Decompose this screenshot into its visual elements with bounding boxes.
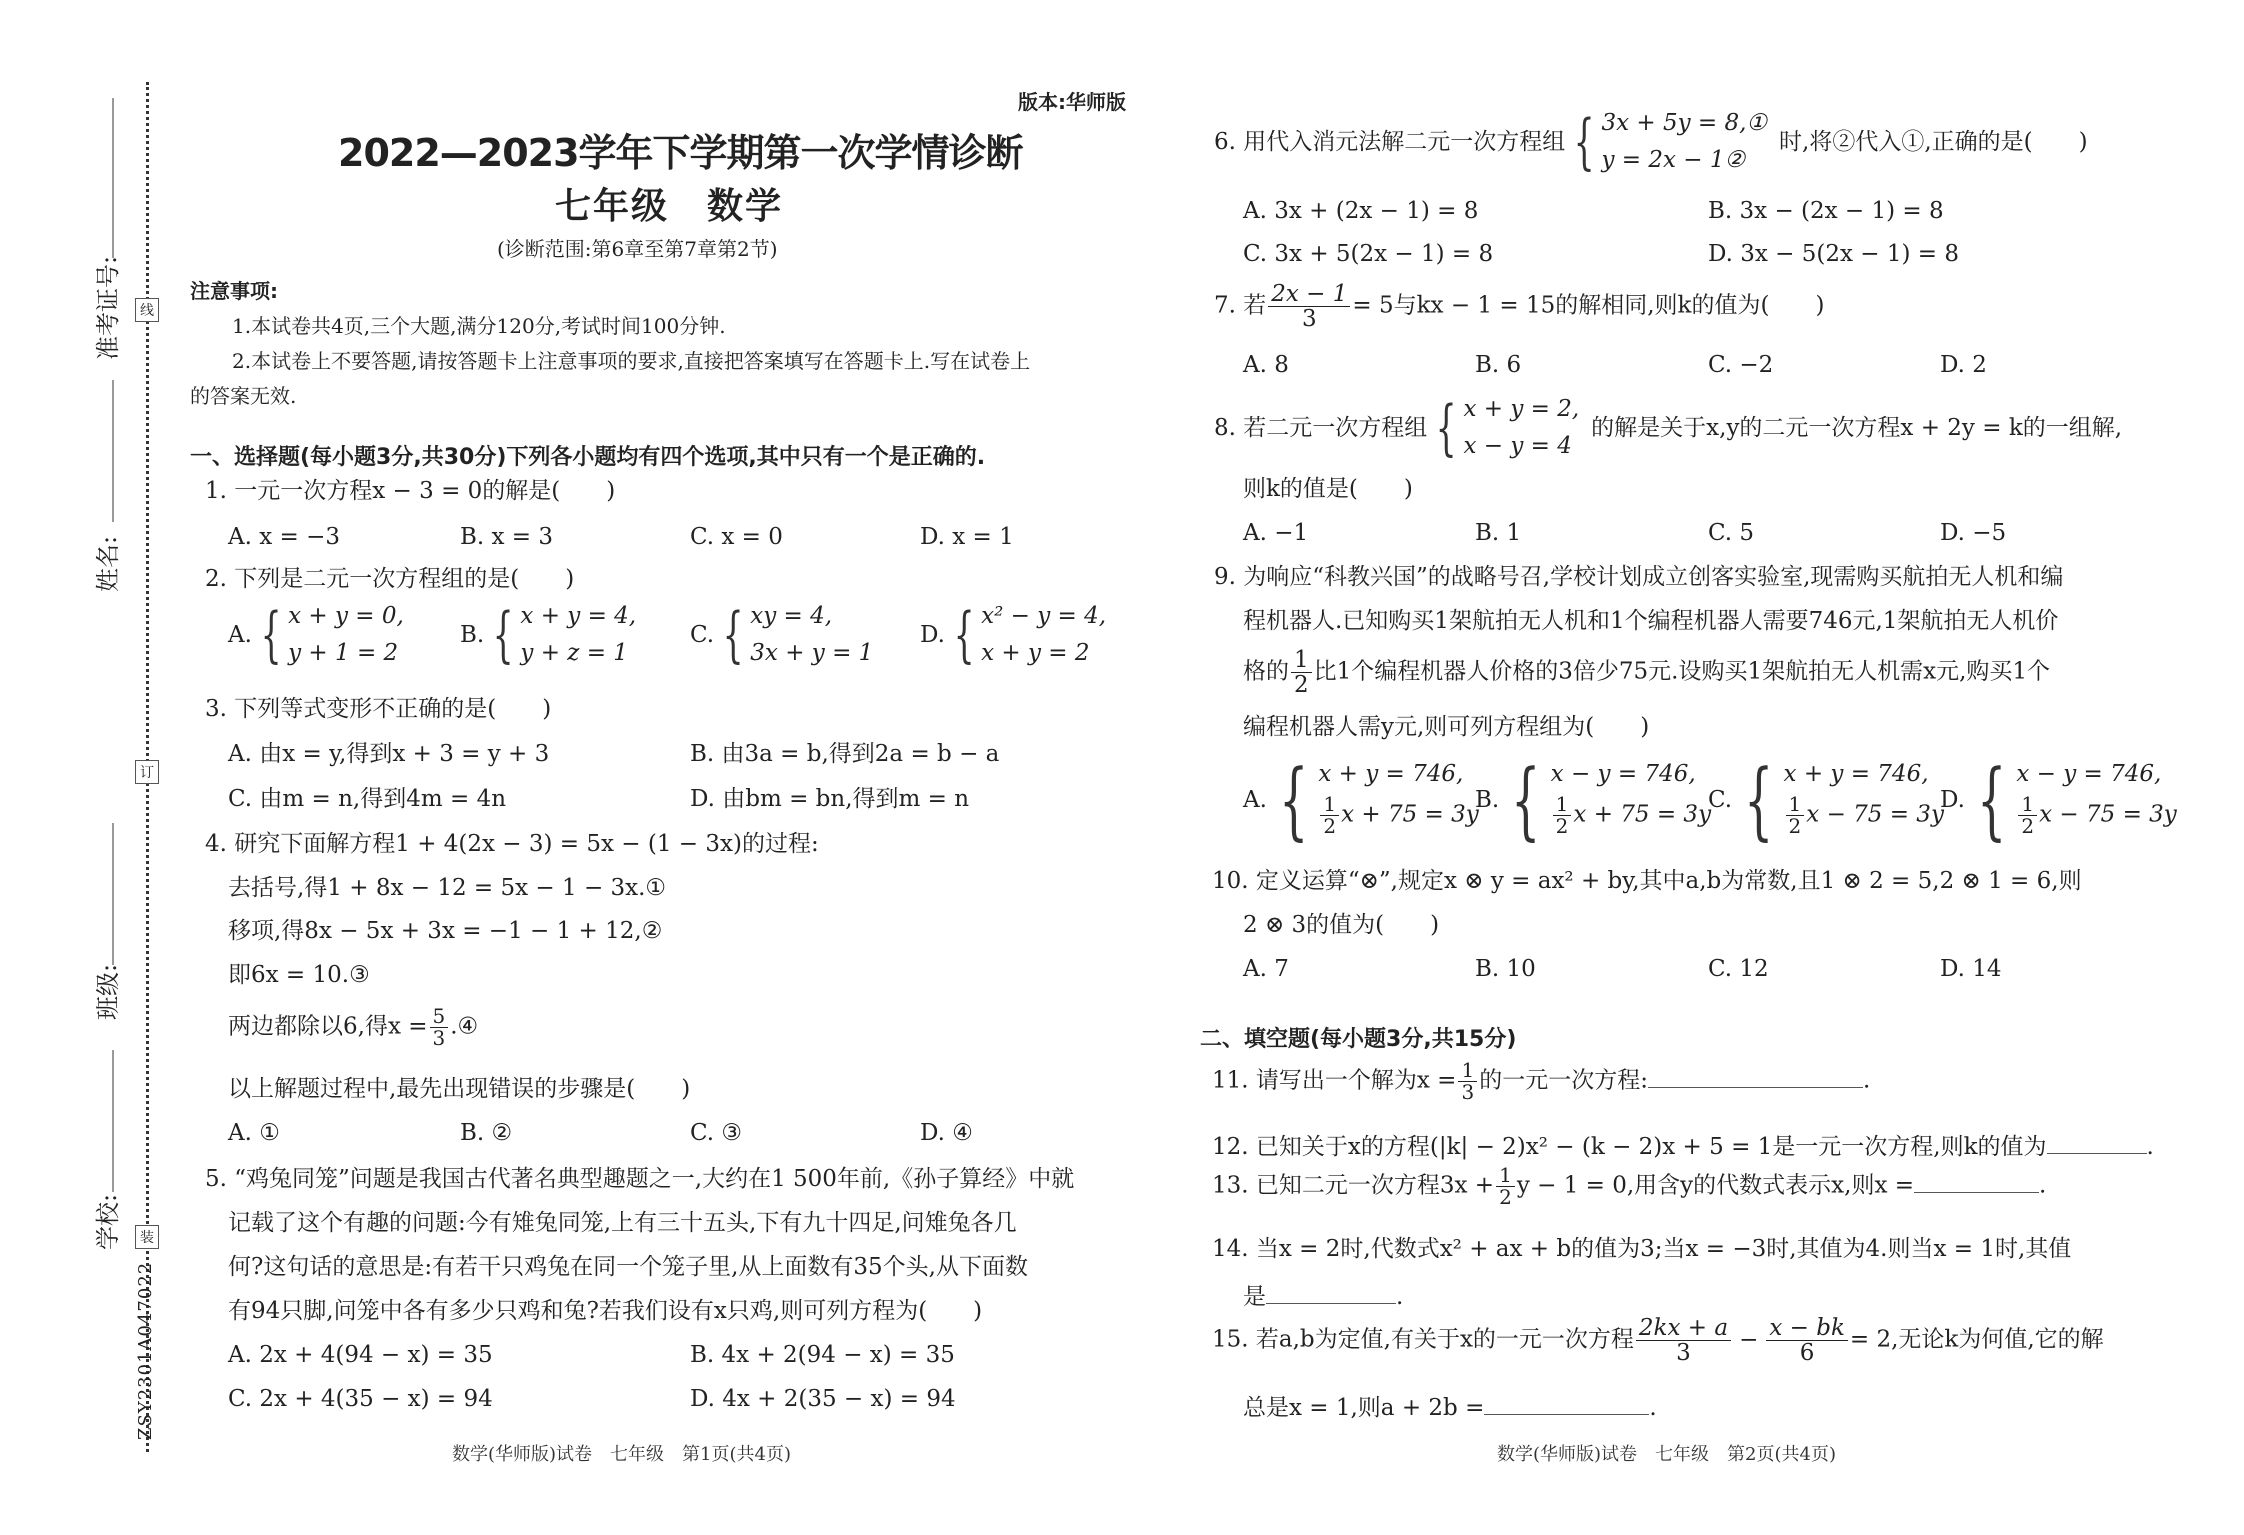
exam-title: 2022—2023学年下学期第一次学情诊断 [338,122,1023,177]
q4-option-d[interactable]: D. ④ [920,1122,973,1145]
stem-text: 的解是关于x,y的二元一次方程x + 2y = k的一组解, [1591,417,2122,440]
q4-stem: 4. 研究下面解方程1 + 4(2x − 3) = 5x − (1 − 3x)的… [205,833,819,856]
version-label: 版本:华师版 [1018,86,1126,115]
brace-icon: { [1511,758,1540,842]
q8-option-d[interactable]: D. −5 [1940,522,2006,545]
brace-icon: { [1744,758,1773,842]
q4-option-a[interactable]: A. ① [228,1122,280,1145]
fraction: 12 [1553,794,1572,837]
school-blank[interactable] [112,1050,114,1192]
stem-text: = 2,无论k为何值,它的解 [1850,1327,2104,1353]
q9-option-b[interactable]: B.{x − y = 746,12x + 75 = 3y [1475,758,1711,842]
eq-row: x + y = 2 [981,642,1106,665]
q9-line-2: 程机器人.已知购买1架航拍无人机和1个编程机器人需要746元,1架航拍无人机价 [1243,610,2058,633]
q9-option-d[interactable]: D.{x − y = 746,12x − 75 = 3y [1940,758,2177,842]
step-text: .④ [450,1014,478,1040]
q7-option-a[interactable]: A. 8 [1243,354,1289,377]
q15-line-1: 15. 若a,b为定值,有关于x的一元一次方程2kx + a3−x − bk6=… [1212,1316,2104,1365]
exam-scope: (诊断范围:第6章至第7章第2节) [497,233,778,262]
option-letter: A. [228,624,252,647]
fraction: 2kx + a3 [1636,1316,1731,1365]
eq-row: y + z = 1 [520,642,636,665]
fraction: 12 [1496,1165,1515,1208]
q1-option-b[interactable]: B. x = 3 [460,526,553,549]
q7-option-d[interactable]: D. 2 [1940,354,1987,377]
stem-text: 时,将②代入①,正确的是( ) [1779,131,2088,154]
q9-option-c[interactable]: C.{x + y = 746,12x − 75 = 3y [1708,758,1944,842]
denominator: 3 [430,1028,449,1049]
stem-text: 6. 用代入消元法解二元一次方程组 [1214,131,1565,154]
eq-row: x − 75 = 3y [2039,802,2177,828]
stem-text: 的一元一次方程: [1479,1068,1648,1094]
option-letter: C. [1708,789,1732,812]
q5-option-d[interactable]: D. 4x + 2(35 − x) = 94 [690,1388,956,1411]
q5-line-3: 何?这句话的意思是:有若干只鸡兔在同一个笼子里,从上面数有35个头,从下面数 [228,1256,1028,1279]
brace-icon: { [954,605,975,665]
school-label: 学校: [88,1194,123,1250]
q9-line-1: 9. 为响应“科教兴国”的战略号召,学校计划成立创客实验室,现需购买航拍无人机和… [1214,566,2063,589]
exam-subtitle: 七年级 数学 [555,178,783,229]
admission-number-blank[interactable] [112,98,114,258]
fraction: 2x − 13 [1268,282,1350,331]
q10-option-d[interactable]: D. 14 [1940,958,2002,981]
denominator: 3 [1458,1082,1477,1103]
q10-line-1: 10. 定义运算“⊗”,规定x ⊗ y = ax² + by,其中a,b为常数,… [1212,870,2082,893]
q6-option-a[interactable]: A. 3x + (2x − 1) = 8 [1243,200,1478,223]
stem-text: 13. 已知二元一次方程3x + [1212,1173,1494,1199]
eq-row: x + y = 746, [1784,763,1944,786]
denominator: 3 [1299,307,1320,331]
step-text: 两边都除以6,得x = [228,1014,428,1040]
fraction: x − bk6 [1766,1316,1848,1365]
q5-option-b[interactable]: B. 4x + 2(94 − x) = 35 [690,1344,955,1367]
fraction: 12 [1786,794,1805,837]
q3-stem: 3. 下列等式变形不正确的是( ) [205,698,551,721]
q6-option-c[interactable]: C. 3x + 5(2x − 1) = 8 [1243,243,1493,266]
marker-line: 线 [135,298,159,322]
page-1-footer: 数学(华师版)试卷 七年级 第1页(共4页) [452,1440,791,1466]
q3-option-a[interactable]: A. 由x = y,得到x + 3 = y + 3 [228,743,549,766]
q1-stem: 1. 一元一次方程x − 3 = 0的解是( ) [205,480,615,503]
fraction: 13 [1458,1060,1477,1103]
fraction: 12 [2018,794,2037,837]
q8-line-2: 则k的值是( ) [1243,478,1413,501]
marker-pack: 装 [135,1225,159,1249]
q5-line-1: 5. “鸡兔同笼”问题是我国古代著名典型趣题之一,大约在1 500年前,《孙子算… [205,1168,1074,1191]
q6-option-b[interactable]: B. 3x − (2x − 1) = 8 [1708,200,1944,223]
q11: 11. 请写出一个解为x =13的一元一次方程:. [1212,1060,1870,1103]
q9-line-4: 编程机器人需y元,则可列方程组为( ) [1243,716,1649,739]
eq-row: x + y = 4, [520,605,636,628]
q12-answer-blank[interactable] [2047,1133,2147,1154]
eq-row: x + y = 0, [288,605,404,628]
q8-option-a[interactable]: A. −1 [1243,522,1308,545]
eq-row: x − 75 = 3y [1806,802,1944,828]
option-letter: A. [1243,789,1267,812]
denominator: 3 [1673,1341,1694,1365]
q8-stem: 8. 若二元一次方程组{x + y = 2,x − y = 4的解是关于x,y的… [1214,398,2122,458]
eq-row: 3x + y = 1 [750,642,873,665]
q4-step-4: 两边都除以6,得x =53.④ [228,1006,478,1049]
q8-option-b[interactable]: B. 1 [1475,522,1521,545]
q2-option-b[interactable]: B.{x + y = 4,y + z = 1 [460,605,636,665]
option-letter: B. [1475,789,1499,812]
numerator: 2x − 1 [1268,282,1350,307]
notice-2: 2.本试卷上不要答题,请按答题卡上注意事项的要求,直接把答案填写在答题卡上.写在… [232,345,1030,374]
q3-option-b[interactable]: B. 由3a = b,得到2a = b − a [690,743,999,766]
option-letter: C. [690,624,714,647]
name-blank[interactable] [112,380,114,522]
q2-option-d[interactable]: D.{x² − y = 4,x + y = 2 [920,605,1106,665]
admission-number-label: 准考证号: [88,256,123,360]
eq-row: 3x + 5y = 8,① [1601,112,1767,135]
q2-option-a[interactable]: A.{x + y = 0,y + 1 = 2 [228,605,404,665]
stem-text: 比1个编程机器人价格的3倍少75元.设购买1架航拍无人机需x元,购买1个 [1314,659,2050,685]
q13-answer-blank[interactable] [1914,1172,2039,1193]
q5-option-c[interactable]: C. 2x + 4(35 − x) = 94 [228,1388,493,1411]
brace-icon: { [1574,112,1595,172]
eq-row: x + 75 = 3y [1341,802,1479,828]
option-letter: D. [920,624,945,647]
q2-option-c[interactable]: C.{xy = 4,3x + y = 1 [690,605,873,665]
stem-text: 7. 若 [1214,293,1266,319]
numerator: 1 [1291,648,1312,673]
option-letter: B. [460,624,484,647]
q10-option-a[interactable]: A. 7 [1243,958,1289,981]
fraction: 12 [1291,648,1312,697]
notice-title: 注意事项: [190,275,278,304]
numerator: 1 [1458,1060,1477,1082]
q10-option-b[interactable]: B. 10 [1475,958,1536,981]
numerator: 5 [430,1006,449,1028]
denominator: 6 [1797,1341,1818,1365]
q15-line-2: 总是x = 1,则a + 2b =. [1243,1394,1657,1420]
eq-row: xy = 4, [750,605,873,628]
numerator: x − bk [1766,1316,1848,1341]
paper-code: ZSY2301A047022 [135,1262,156,1440]
option-letter: D. [1940,789,1965,812]
q14-line-2: 是. [1243,1283,1403,1309]
marker-bind: 订 [135,760,159,784]
brace-icon: { [261,605,282,665]
section-1-heading: 一、选择题(每小题3分,共30分)下列各小题均有四个选项,其中只有一个是正确的. [190,440,985,471]
q4-step-1: 去括号,得1 + 8x − 12 = 5x − 1 − 3x.① [228,877,666,900]
q1-option-c[interactable]: C. x = 0 [690,526,783,549]
fraction: 53 [430,1006,449,1049]
q7-stem: 7. 若2x − 13= 5与kx − 1 = 15的解相同,则k的值为( ) [1214,282,1824,331]
stem-text: 格的 [1243,659,1289,685]
eq-row: x + 75 = 3y [1573,802,1711,828]
brace-icon: { [723,605,744,665]
q12: 12. 已知关于x的方程(|k| − 2)x² − (k − 2)x + 5 =… [1212,1133,2154,1159]
q14-answer-blank[interactable] [1266,1283,1396,1304]
q7-option-b[interactable]: B. 6 [1475,354,1521,377]
q6-option-d[interactable]: D. 3x − 5(2x − 1) = 8 [1708,243,1959,266]
q2-stem: 2. 下列是二元一次方程组的是( ) [205,568,574,591]
q10-option-c[interactable]: C. 12 [1708,958,1769,981]
eq-row: x − y = 746, [2016,763,2176,786]
q15-answer-blank[interactable] [1484,1394,1649,1415]
stem-text: 是 [1243,1284,1266,1310]
fraction: 12 [1320,794,1339,837]
stem-text: 8. 若二元一次方程组 [1214,417,1427,440]
numerator: 2kx + a [1636,1316,1731,1341]
stem-text: 总是x = 1,则a + 2b = [1243,1395,1484,1421]
brace-icon: { [493,605,514,665]
q13: 13. 已知二元一次方程3x +12y − 1 = 0,用含y的代数式表示x,则… [1212,1165,2046,1208]
numerator: 1 [1496,1165,1515,1187]
q10-line-2: 2 ⊗ 3的值为( ) [1243,914,1439,937]
q5-line-2: 记载了这个有趣的问题:今有雉兔同笼,上有三十五头,下有九十四足,问雉兔各几 [228,1212,1017,1235]
q6-stem: 6. 用代入消元法解二元一次方程组{3x + 5y = 8,①y = 2x − … [1214,112,2088,172]
name-label: 姓名: [88,536,123,592]
stem-text: 11. 请写出一个解为x = [1212,1068,1456,1094]
q5-option-a[interactable]: A. 2x + 4(94 − x) = 35 [228,1344,493,1367]
section-2-heading: 二、填空题(每小题3分,共15分) [1200,1022,1516,1053]
notice-2-cont: 的答案无效. [190,380,296,409]
notice-1: 1.本试卷共4页,三个大题,满分120分,考试时间100分钟. [232,310,726,339]
q4-step-3: 即6x = 10.③ [228,964,370,987]
brace-icon: { [1436,398,1457,458]
q4-option-b[interactable]: B. ② [460,1122,512,1145]
denominator: 2 [1496,1187,1515,1208]
q8-option-c[interactable]: C. 5 [1708,522,1754,545]
operator: − [1739,1327,1758,1353]
q3-option-c[interactable]: C. 由m = n,得到4m = 4n [228,788,506,811]
q1-option-a[interactable]: A. x = −3 [228,526,340,549]
q1-option-d[interactable]: D. x = 1 [920,526,1014,549]
eq-row: x + y = 2, [1463,398,1579,421]
q4-ask: 以上解题过程中,最先出现错误的步骤是( ) [228,1078,690,1101]
q4-step-2: 移项,得8x − 5x + 3x = −1 − 1 + 12,② [228,920,662,943]
class-blank[interactable] [112,823,114,965]
class-label: 班级: [88,964,123,1020]
brace-icon: { [1279,758,1308,842]
stem-text: 12. 已知关于x的方程(|k| − 2)x² − (k − 2)x + 5 =… [1212,1134,2047,1160]
q7-option-c[interactable]: C. −2 [1708,354,1773,377]
stem-text: 15. 若a,b为定值,有关于x的一元一次方程 [1212,1327,1634,1353]
eq-row: x − y = 746, [1551,763,1711,786]
q11-answer-blank[interactable] [1648,1067,1863,1088]
stem-text: = 5与kx − 1 = 15的解相同,则k的值为( ) [1352,293,1824,319]
denominator: 2 [1291,673,1312,697]
brace-icon: { [1977,758,2006,842]
q9-option-a[interactable]: A.{x + y = 746,12x + 75 = 3y [1243,758,1479,842]
page-2-footer: 数学(华师版)试卷 七年级 第2页(共4页) [1497,1440,1836,1466]
q3-option-d[interactable]: D. 由bm = bn,得到m = n [690,788,969,811]
q4-option-c[interactable]: C. ③ [690,1122,742,1145]
q5-line-4: 有94只脚,问笼中各有多少只鸡和兔?若我们设有x只鸡,则可列方程为( ) [228,1300,982,1323]
eq-row: x² − y = 4, [981,605,1106,628]
q9-line-3: 格的12比1个编程机器人价格的3倍少75元.设购买1架航拍无人机需x元,购买1个 [1243,648,2050,697]
eq-row: y = 2x − 1② [1601,149,1767,172]
stem-text: y − 1 = 0,用含y的代数式表示x,则x = [1517,1173,1914,1199]
eq-row: x − y = 4 [1463,435,1579,458]
eq-row: x + y = 746, [1318,763,1478,786]
eq-row: y + 1 = 2 [288,642,404,665]
q14-line-1: 14. 当x = 2时,代数式x² + ax + b的值为3;当x = −3时,… [1212,1238,2071,1261]
